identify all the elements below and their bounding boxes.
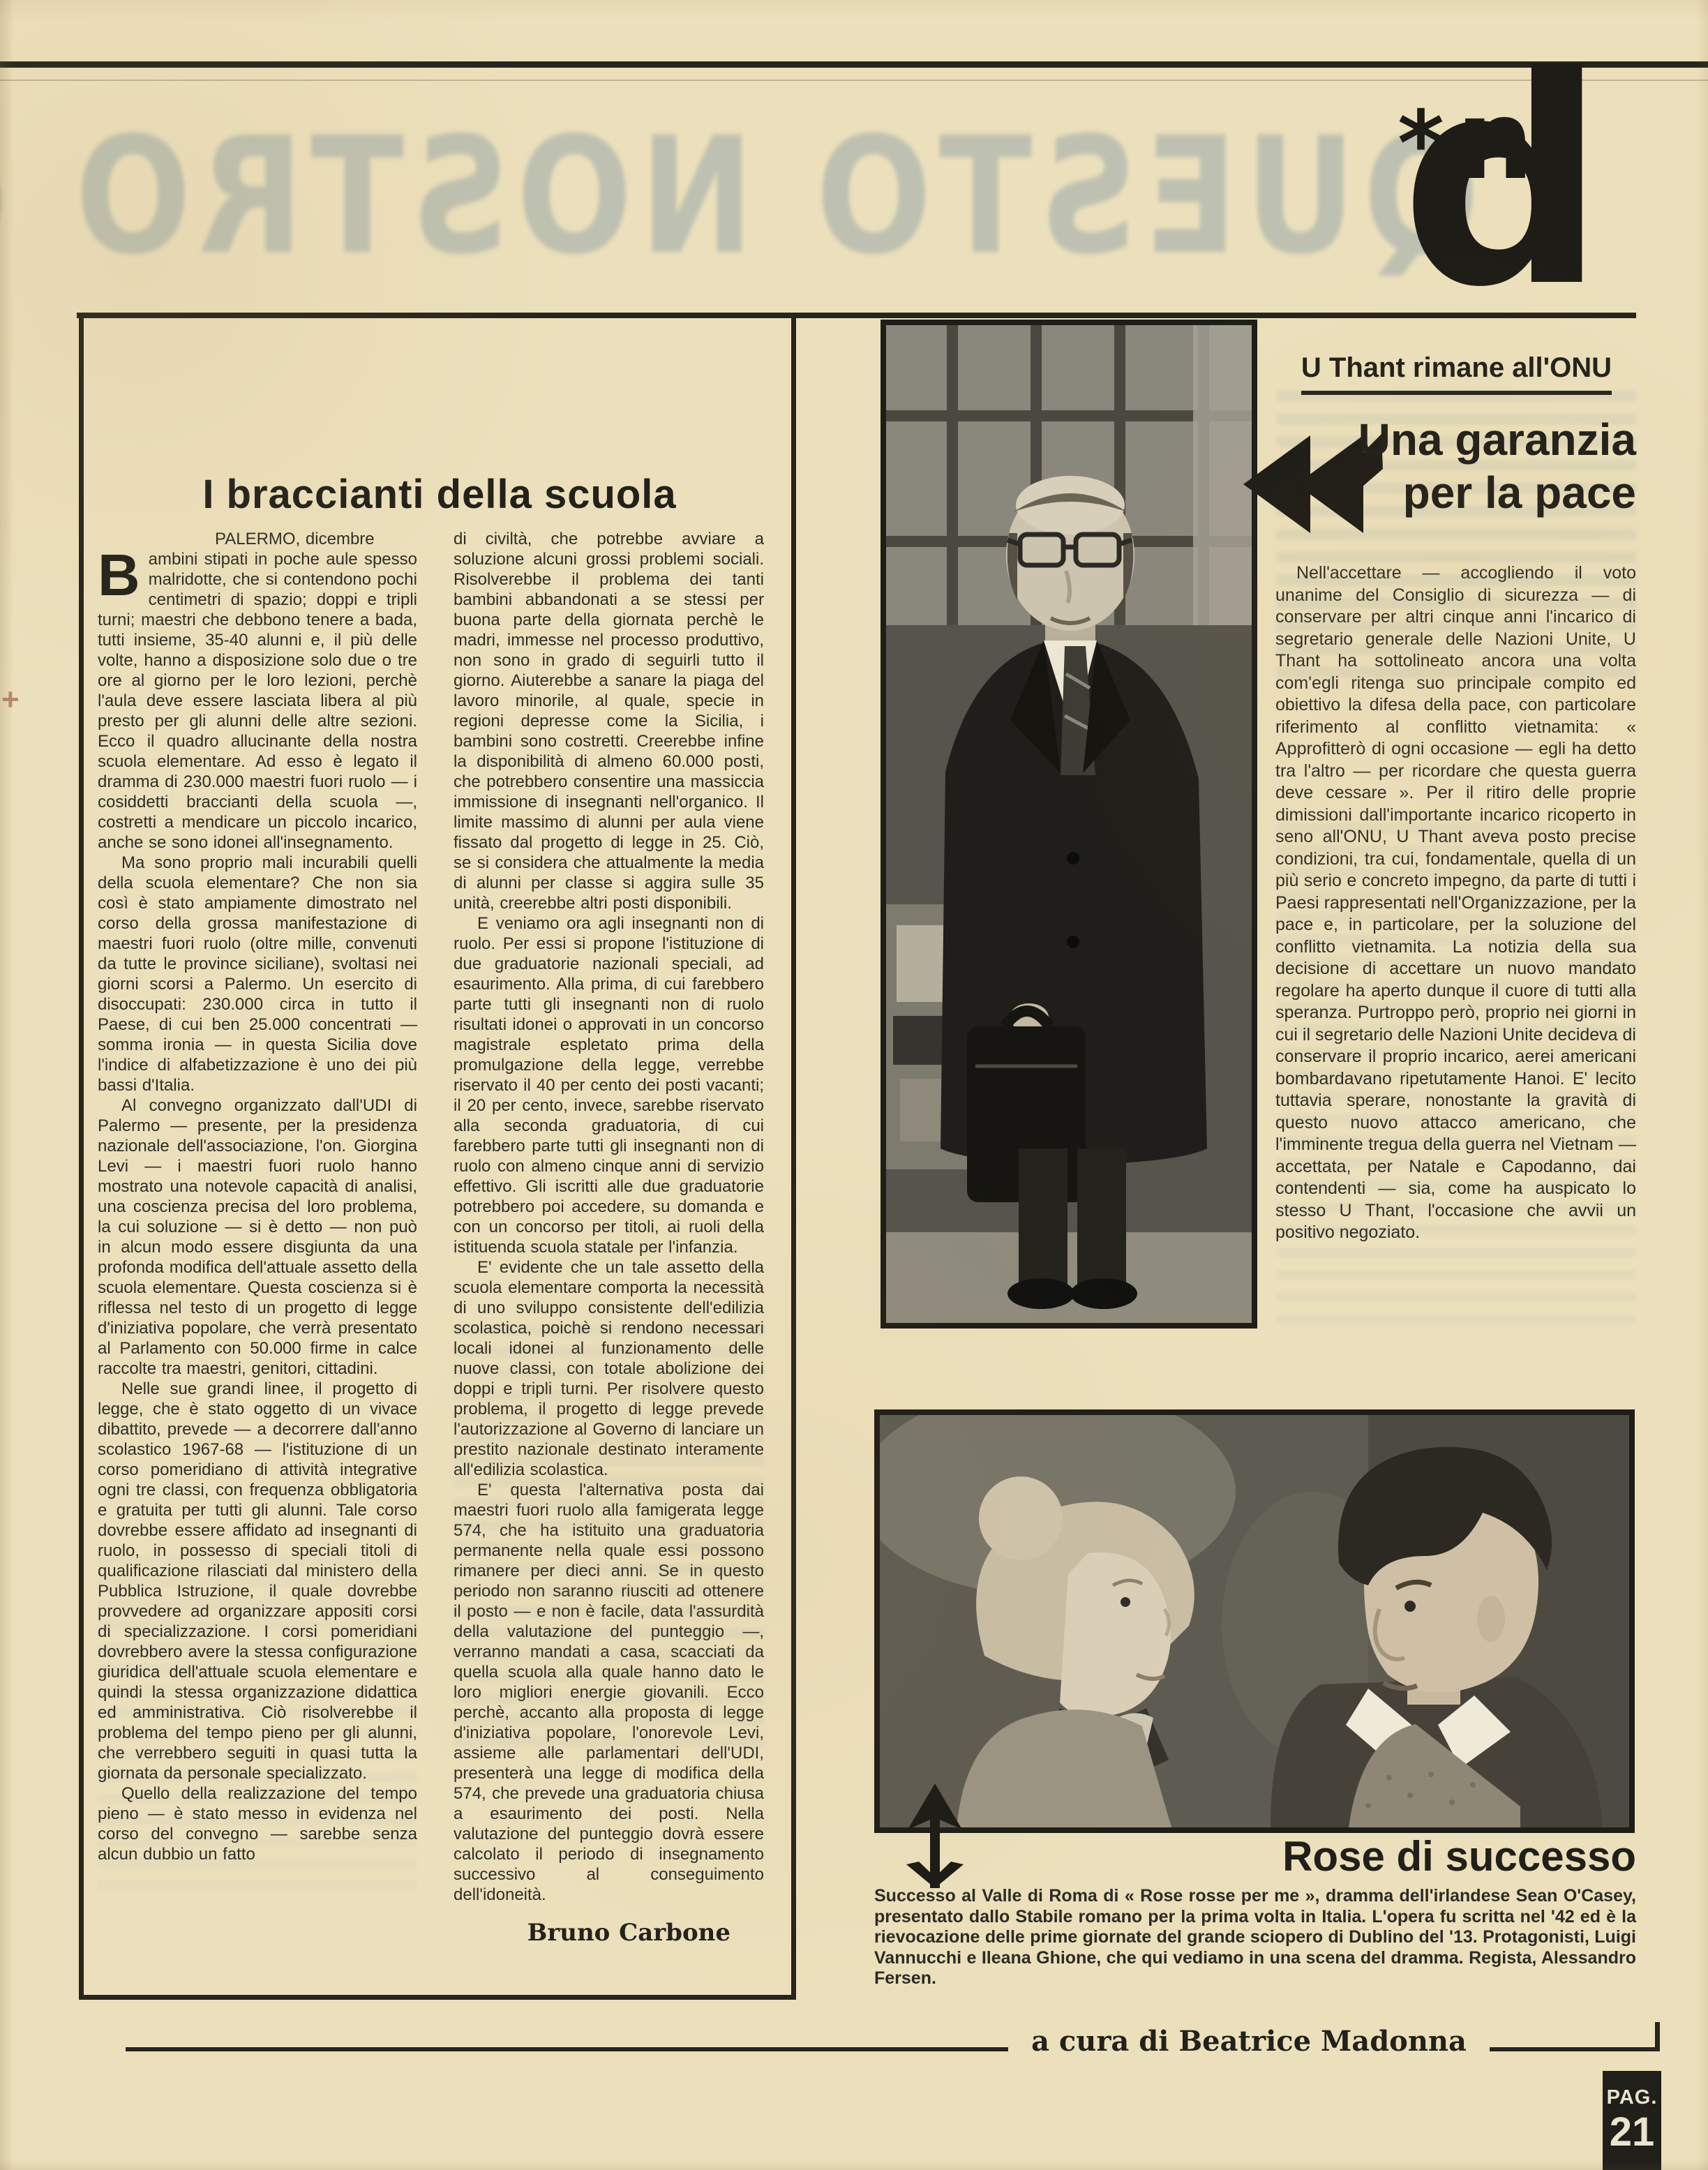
scanned-magazine-page: QUESTO NOSTRO ⊕ MONDO * n d + I braccian… [0, 0, 1708, 2170]
footer-right-rule [1490, 2047, 1659, 2051]
right-article-body: Nell'accettare — accogliendo il voto una… [1275, 562, 1636, 1244]
right-article-title-line1: Una garanzia [1277, 413, 1636, 466]
right-article-title-line2: per la pace [1277, 466, 1636, 519]
editor-byline: a cura di Beatrice Madonna [1015, 2025, 1483, 2058]
article-paragraph: Nelle sue grandi linee, il progetto di l… [98, 1379, 417, 1783]
article-paragraph: E' evidente che un tale assetto della sc… [454, 1257, 764, 1480]
up-arrow-icon [895, 1783, 975, 1888]
right-article-kicker: U Thant rimane all'ONU [1301, 352, 1612, 395]
u-thant-photo [881, 320, 1257, 1329]
photo-caption: Successo al Valle di Roma di « Rose ross… [874, 1886, 1636, 1989]
right-article-kicker-wrap: U Thant rimane all'ONU [1277, 352, 1636, 395]
logo-letter-d: d [1400, 40, 1606, 327]
masthead-ghost-title: QUESTO NOSTRO ⊕ MONDO [77, 103, 1479, 290]
article-paragraph: Bambini stipati in poche aule spesso mal… [98, 549, 417, 853]
right-article-title: Una garanzia per la pace [1277, 413, 1636, 519]
main-article-column-1: PALERMO, dicembre Bambini stipati in poc… [98, 529, 417, 1864]
article-paragraph: E veniamo ora agli insegnanti non di ruo… [454, 913, 764, 1257]
dateline: PALERMO, dicembre [98, 529, 417, 549]
article-paragraph: di civiltà, che potrebbe avviare a soluz… [454, 529, 764, 913]
page-number-value: 21 [1603, 2112, 1661, 2153]
drop-cap: B [98, 549, 149, 598]
article-paragraph: Nell'accettare — accogliendo il voto una… [1275, 562, 1636, 1244]
article-paragraph: E' questa l'alternativa posta dai maestr… [454, 1480, 764, 1905]
author-byline: Bruno Carbone [454, 1923, 764, 1943]
footer-right-tick [1655, 2022, 1660, 2051]
page-number-label: PAG. [1603, 2086, 1661, 2109]
u-thant-photo-illustration [886, 325, 1252, 1323]
footer-left-rule [126, 2047, 1008, 2051]
article-paragraph: Al convegno organizzato dall'UDI di Pale… [98, 1095, 417, 1379]
main-article-column-2: di civiltà, che potrebbe avviare a soluz… [454, 529, 764, 1943]
article-paragraph: Quello della realizzazione del tempo pie… [98, 1783, 417, 1864]
main-article-title: I braccianti della scuola [94, 471, 785, 518]
magazine-logo: * n d [1392, 80, 1671, 310]
theatre-scene-photo [874, 1409, 1635, 1833]
registration-mark: + [1, 682, 20, 717]
theatre-scene-illustration [880, 1415, 1629, 1827]
article-paragraph: Ma sono proprio mali incurabili quelli d… [98, 853, 417, 1095]
page-number-badge: PAG. 21 [1603, 2071, 1661, 2170]
rose-article-title: Rose di successo [1116, 1832, 1636, 1880]
